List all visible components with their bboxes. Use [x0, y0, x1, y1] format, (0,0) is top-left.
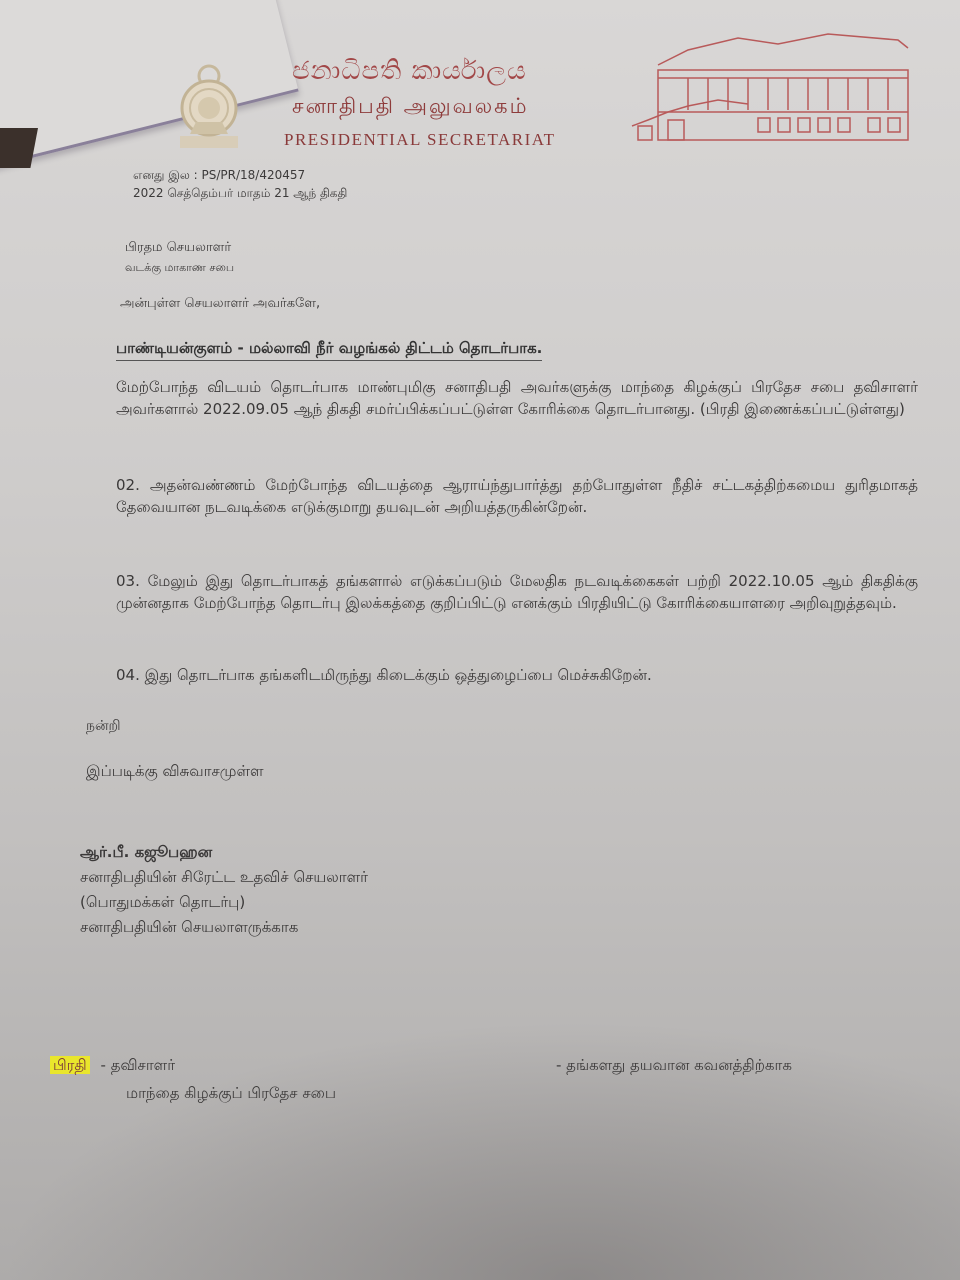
copy-label-highlighted: பிரதி	[50, 1056, 90, 1074]
background-shadow	[0, 128, 38, 168]
letterhead-tamil-title: சனாதிபதி அலுவலகம்	[292, 94, 529, 121]
body-paragraph-3: 03. மேலும் இது தொடர்பாகத் தங்களால் எடுக்…	[116, 570, 918, 614]
letterhead-english-title: PRESIDENTIAL SECRETARIAT	[284, 130, 556, 150]
sri-lanka-emblem-icon	[176, 62, 242, 150]
salutation: அன்புள்ள செயலாளர் அவர்களே,	[120, 296, 320, 312]
signatory-name: ஆர்.பீ. கஜூபஹன	[80, 840, 368, 865]
copy-recipient-organisation: மாந்தை கிழக்குப் பிரதேச சபை	[126, 1084, 336, 1104]
closing-yours: இப்படிக்கு விசுவாசமுள்ள	[86, 762, 264, 782]
body-paragraph-1: மேற்போந்த விடயம் தொடர்பாக மாண்புமிகு சனா…	[116, 376, 918, 420]
copy-recipient: - தவிசாளர்	[101, 1056, 176, 1074]
signatory-division: (பொதுமக்கள் தொடர்பு)	[80, 890, 368, 915]
recipient-organisation: வடக்கு மாகாண சபை	[125, 261, 234, 276]
folded-paper-edge	[0, 0, 299, 169]
body-paragraph-2: 02. அதன்வண்ணம் மேற்போந்த விடயத்தை ஆராய்ந…	[116, 474, 918, 518]
body-paragraph-4: 04. இது தொடர்பாக தங்களிடமிருந்து கிடைக்க…	[116, 664, 918, 686]
copy-purpose: - தங்களது தயவான கவனத்திற்காக	[556, 1056, 792, 1076]
letterhead-sinhala-title: ජනාධිපති කාර්යාලය	[292, 56, 527, 87]
reference-number: எனது இல : PS/PR/18/420457	[133, 168, 305, 184]
letter-subject: பாண்டியன்குளம் - மல்லாவி நீர் வழங்கல் தி…	[116, 339, 542, 361]
closing-thanks: நன்றி	[86, 718, 121, 736]
signatory-designation: சனாதிபதியின் சிரேட்ட உதவிச் செயலாளர்	[80, 865, 368, 890]
signatory-on-behalf: சனாதிபதியின் செயலாளருக்காக	[80, 915, 368, 940]
presidential-building-icon	[628, 30, 918, 148]
letter-date: 2022 செத்தெம்பர் மாதம் 21 ஆந் திகதி	[133, 186, 347, 202]
recipient-title: பிரதம செயலாளர்	[125, 240, 231, 256]
